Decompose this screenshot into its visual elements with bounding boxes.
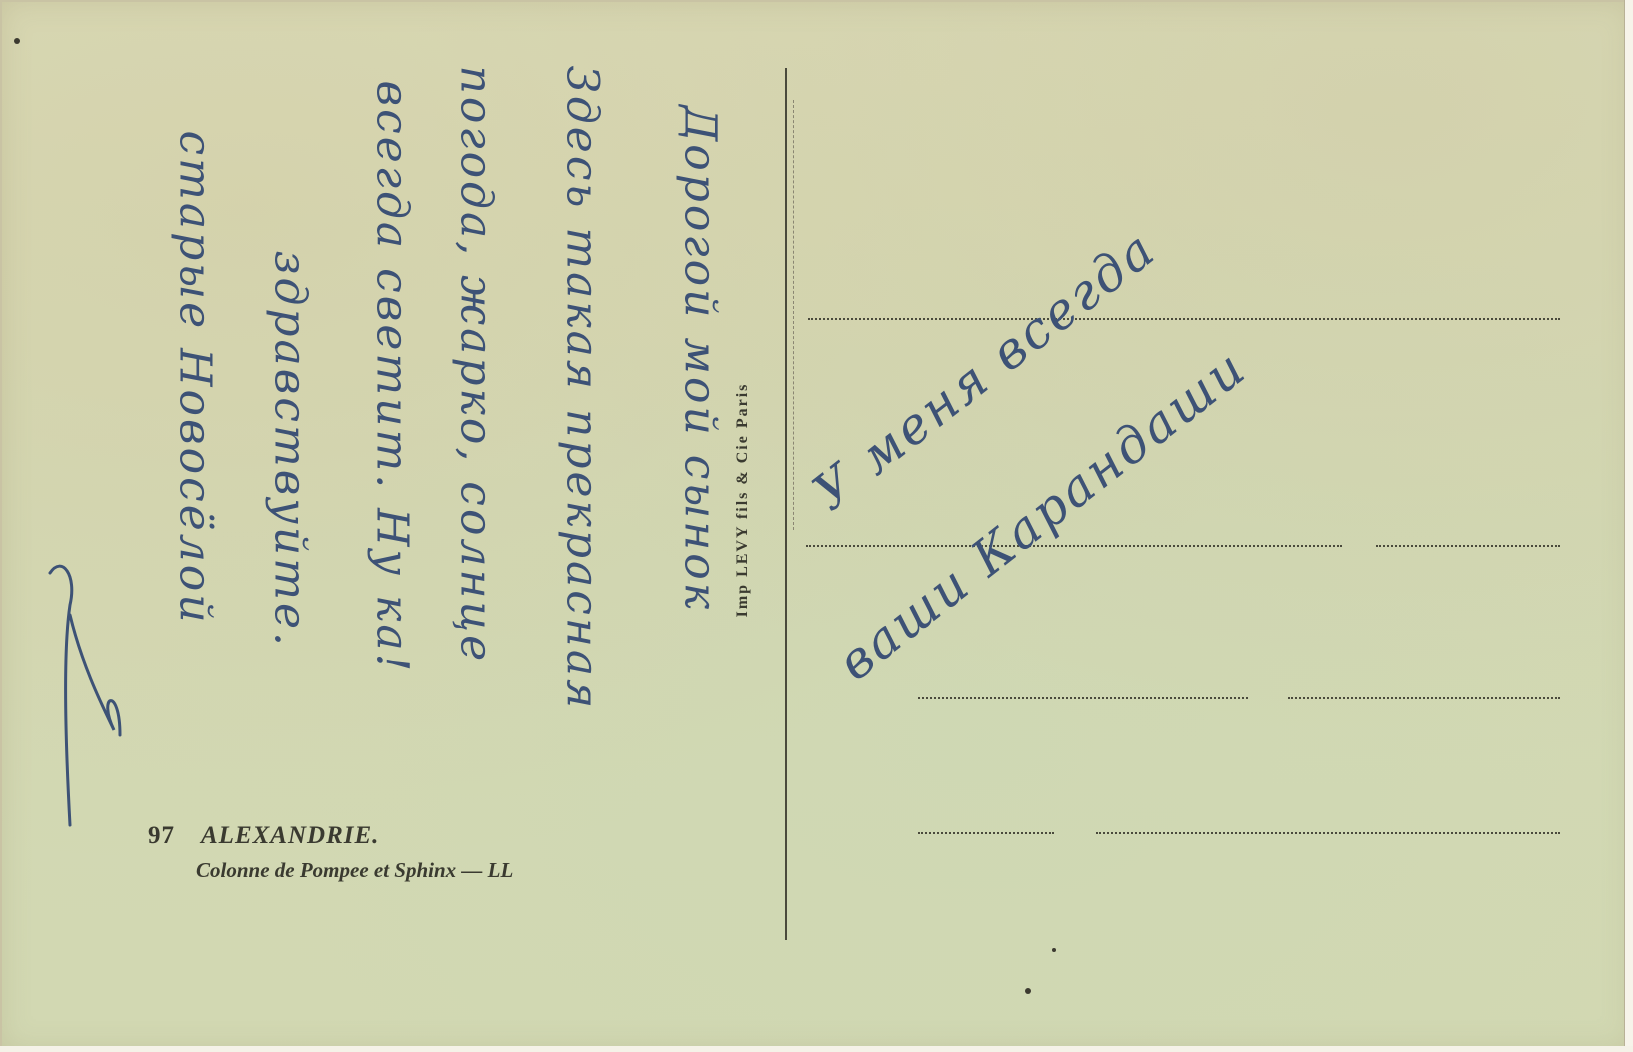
handwritten-address-line: ваши Карандаши (827, 338, 1257, 692)
address-line (918, 832, 1054, 834)
ink-spot (1052, 948, 1056, 952)
card-number: 97 (148, 822, 175, 849)
signature-flourish (42, 555, 122, 835)
printer-credit: Imp LEVY fils & Cie Paris (734, 383, 752, 618)
address-line (918, 697, 1248, 699)
card-edge (0, 1046, 1633, 1052)
handwritten-line: здравствуйте. (265, 251, 316, 649)
handwritten-line: Дорогой мой сынок (675, 106, 726, 613)
address-line (1288, 697, 1560, 699)
handwritten-line: всегда светит. Ну ка! (367, 81, 418, 675)
caption-subtitle: Colonne de Pompee et Sphinx — LL (196, 858, 513, 883)
caption-city: ALEXANDRIE. (201, 822, 379, 849)
address-line (806, 545, 1342, 547)
caption-title: 97ALEXANDRIE. (148, 822, 379, 850)
handwritten-line: погода, жарко, солнце (451, 66, 502, 665)
stamp-guide-dashes (793, 100, 794, 530)
address-line (1376, 545, 1560, 547)
address-line (808, 318, 1560, 320)
postcard-back: Дорогой мой сынок Здесь такая прекрасная… (0, 0, 1633, 1052)
handwritten-line: Здесь такая прекрасная (557, 66, 608, 712)
handwritten-line: старые Новосёлой (170, 131, 221, 626)
center-divider (785, 68, 787, 940)
card-edge (1624, 0, 1633, 1052)
ink-spot (1025, 988, 1031, 994)
ink-spot (14, 38, 20, 44)
address-line (1096, 832, 1560, 834)
